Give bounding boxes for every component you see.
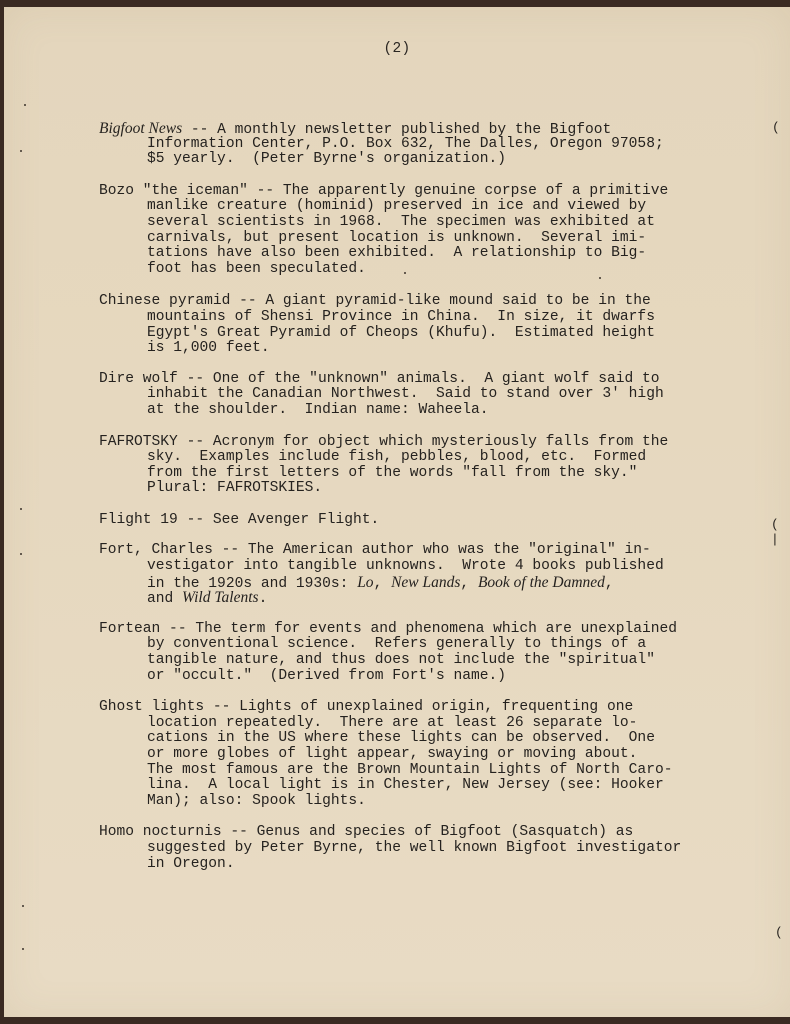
body-text: Egypt's Great Pyramid of Cheops (Khufu).… [147, 325, 655, 341]
body-text: at the shoulder. Indian name: Waheela. [147, 402, 489, 418]
body-text: or "occult." (Derived from Fort's name.) [147, 668, 506, 684]
entry-continuation-line: Plural: FAFROTSKIES. [99, 481, 739, 497]
entry-first-line: Fortean -- The term for events and pheno… [99, 622, 739, 638]
entry-first-line: Fort, Charles -- The American author who… [99, 543, 739, 559]
italic-title-text: Book of the Damned [478, 574, 605, 591]
body-text: lina. A local light is in Chester, New J… [147, 777, 664, 793]
body-text: $5 yearly. (Peter Byrne's organization.) [147, 151, 506, 167]
entry-continuation-line: location repeatedly. There are at least … [99, 716, 739, 732]
entry-continuation-line: mountains of Shensi Province in China. I… [99, 310, 739, 326]
margin-mark: ( | [771, 517, 790, 547]
entry-continuation-line: at the shoulder. Indian name: Waheela. [99, 403, 739, 419]
body-text: Fort, Charles -- The American author who… [99, 542, 651, 558]
entry-bigfoot-news: Bigfoot News -- A monthly newsletter pub… [99, 121, 739, 168]
body-text: The most famous are the Brown Mountain L… [147, 762, 672, 778]
entry-homo-nocturnis: Homo nocturnis -- Genus and species of B… [99, 825, 739, 872]
entry-continuation-line: or more globes of light appear, swaying … [99, 747, 739, 763]
body-text: , [605, 576, 614, 592]
entry-continuation-line: sky. Examples include fish, pebbles, blo… [99, 450, 739, 466]
entry-dire-wolf: Dire wolf -- One of the "unknown" animal… [99, 372, 739, 419]
entry-first-line: Bigfoot News -- A monthly newsletter pub… [99, 121, 739, 137]
body-text: FAFROTSKY -- Acronym for object which my… [99, 434, 668, 450]
body-text: , [374, 576, 392, 592]
paper-speck [20, 553, 22, 555]
body-text: in Oregon. [147, 856, 235, 872]
entry-continuation-line: suggested by Peter Byrne, the well known… [99, 841, 739, 857]
body-text: mountains of Shensi Province in China. I… [147, 309, 655, 325]
entry-continuation-line: tations have also been exhibited. A rela… [99, 246, 739, 262]
glossary-entries: Bigfoot News -- A monthly newsletter pub… [99, 121, 739, 888]
entry-first-line: Flight 19 -- See Avenger Flight. [99, 513, 739, 529]
body-text: suggested by Peter Byrne, the well known… [147, 840, 681, 856]
body-text: manlike creature (hominid) preserved in … [147, 198, 646, 214]
paper-speck [20, 508, 22, 510]
entry-continuation-line: is 1,000 feet. [99, 341, 739, 357]
body-text: or more globes of light appear, swaying … [147, 746, 637, 762]
body-text: Plural: FAFROTSKIES. [147, 480, 322, 496]
entry-continuation-line: inhabit the Canadian Northwest. Said to … [99, 387, 739, 403]
entry-continuation-line: in the 1920s and 1930s: Lo, New Lands, B… [99, 575, 739, 591]
body-text: Chinese pyramid -- A giant pyramid-like … [99, 293, 651, 309]
entry-fortean: Fortean -- The term for events and pheno… [99, 622, 739, 684]
entry-continuation-line: lina. A local light is in Chester, New J… [99, 778, 739, 794]
body-text: Fortean -- The term for events and pheno… [99, 621, 677, 637]
entry-continuation-line: by conventional science. Refers generall… [99, 637, 739, 653]
entry-continuation-line: from the first letters of the words "fal… [99, 466, 739, 482]
body-text: several scientists in 1968. The specimen… [147, 214, 655, 230]
paper-speck [404, 272, 406, 274]
body-text: . [259, 591, 268, 607]
body-text: by conventional science. Refers generall… [147, 636, 646, 652]
entry-ghost-lights: Ghost lights -- Lights of unexplained or… [99, 700, 739, 809]
italic-title-text: Wild Talents [182, 589, 259, 606]
entry-continuation-line: foot has been speculated. [99, 262, 739, 278]
entry-continuation-line: vestigator into tangible unknowns. Wrote… [99, 559, 739, 575]
page-number: (2) [4, 41, 790, 57]
entry-continuation-line: The most famous are the Brown Mountain L… [99, 763, 739, 779]
body-text: sky. Examples include fish, pebbles, blo… [147, 449, 646, 465]
entry-first-line: Bozo "the iceman" -- The apparently genu… [99, 184, 739, 200]
body-text: tangible nature, and thus does not inclu… [147, 652, 655, 668]
entry-continuation-line: cations in the US where these lights can… [99, 731, 739, 747]
entry-continuation-line: several scientists in 1968. The specimen… [99, 215, 739, 231]
body-text: and [147, 591, 182, 607]
margin-mark: ( [775, 925, 783, 940]
body-text: Flight 19 -- See Avenger Flight. [99, 512, 379, 528]
paper-speck [599, 277, 601, 279]
entry-first-line: Ghost lights -- Lights of unexplained or… [99, 700, 739, 716]
italic-title-text: Lo [357, 574, 373, 591]
body-text: vestigator into tangible unknowns. Wrote… [147, 558, 664, 574]
body-text: cations in the US where these lights can… [147, 730, 655, 746]
paper-speck [22, 948, 24, 950]
paper-speck [24, 104, 26, 106]
entry-continuation-line: or "occult." (Derived from Fort's name.) [99, 669, 739, 685]
entry-continuation-line: $5 yearly. (Peter Byrne's organization.) [99, 152, 739, 168]
italic-title-text: Bigfoot News [99, 120, 182, 137]
entry-first-line: Dire wolf -- One of the "unknown" animal… [99, 372, 739, 388]
body-text: Ghost lights -- Lights of unexplained or… [99, 699, 633, 715]
paper-speck [20, 150, 22, 152]
entry-flight-19: Flight 19 -- See Avenger Flight. [99, 513, 739, 529]
entry-continuation-line: manlike creature (hominid) preserved in … [99, 199, 739, 215]
entry-bozo-the-iceman: Bozo "the iceman" -- The apparently genu… [99, 184, 739, 278]
body-text: from the first letters of the words "fal… [147, 465, 637, 481]
entry-first-line: Chinese pyramid -- A giant pyramid-like … [99, 294, 739, 310]
entry-first-line: Homo nocturnis -- Genus and species of B… [99, 825, 739, 841]
body-text: tations have also been exhibited. A rela… [147, 245, 646, 261]
margin-mark: ( [772, 120, 780, 135]
body-text: , [460, 576, 478, 592]
body-text: Bozo "the iceman" -- The apparently genu… [99, 183, 668, 199]
entry-continuation-line: in Oregon. [99, 857, 739, 873]
entry-fort-charles: Fort, Charles -- The American author who… [99, 543, 739, 605]
body-text: Dire wolf -- One of the "unknown" animal… [99, 371, 660, 387]
entry-continuation-line: and Wild Talents. [99, 590, 739, 606]
body-text: carnivals, but present location is unkno… [147, 230, 646, 246]
paper-speck [22, 905, 24, 907]
entry-fafrotsky: FAFROTSKY -- Acronym for object which my… [99, 435, 739, 497]
body-text: is 1,000 feet. [147, 340, 270, 356]
document-page: (2) Bigfoot News -- A monthly newsletter… [4, 7, 790, 1017]
entry-continuation-line: carnivals, but present location is unkno… [99, 231, 739, 247]
italic-title-text: New Lands [391, 574, 460, 591]
body-text: inhabit the Canadian Northwest. Said to … [147, 386, 664, 402]
body-text: location repeatedly. There are at least … [147, 715, 637, 731]
entry-continuation-line: Egypt's Great Pyramid of Cheops (Khufu).… [99, 326, 739, 342]
body-text: foot has been speculated. [147, 261, 366, 277]
entry-chinese-pyramid: Chinese pyramid -- A giant pyramid-like … [99, 294, 739, 356]
entry-continuation-line: Information Center, P.O. Box 632, The Da… [99, 137, 739, 153]
entry-continuation-line: Man); also: Spook lights. [99, 794, 739, 810]
entry-first-line: FAFROTSKY -- Acronym for object which my… [99, 435, 739, 451]
body-text: Man); also: Spook lights. [147, 793, 366, 809]
entry-continuation-line: tangible nature, and thus does not inclu… [99, 653, 739, 669]
body-text: Homo nocturnis -- Genus and species of B… [99, 824, 633, 840]
body-text: Information Center, P.O. Box 632, The Da… [147, 136, 664, 152]
